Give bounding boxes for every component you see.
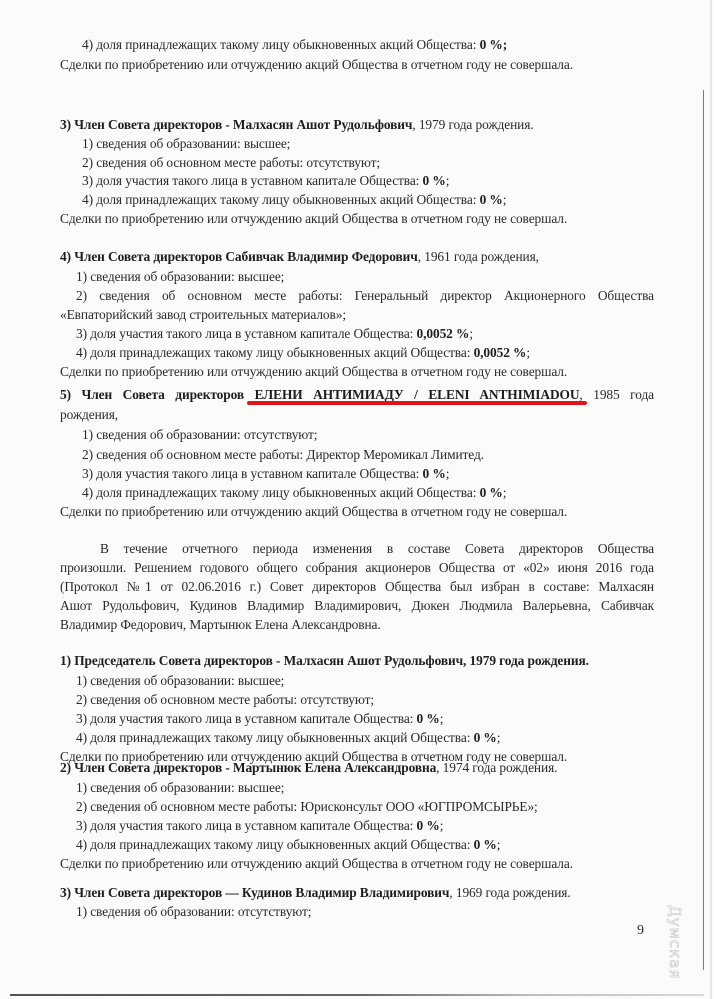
item: 2) сведения об основном месте работы: от… xyxy=(76,691,374,708)
item: 4) доля принадлежащих такому лицу обыкно… xyxy=(76,729,500,746)
item-value: 0,0052 % xyxy=(417,326,470,341)
item: 1) сведения об образовании: высшее; xyxy=(76,268,284,285)
item: «Евпаторийский завод строительных матери… xyxy=(60,306,346,323)
deals: Сделки по приобретению или отчуждению ак… xyxy=(60,210,567,227)
item-text: 3) доля участия такого лица в уставном к… xyxy=(76,326,417,341)
heading-continuation: рождения, xyxy=(60,406,118,423)
item-tail: ; xyxy=(440,818,444,833)
item: 3) доля участия такого лица в уставном к… xyxy=(82,172,449,189)
member-role: 5) Член Совета директоров xyxy=(60,387,255,402)
birth-year: , 1961 года рождения, xyxy=(418,249,539,264)
item-tail: ; xyxy=(440,711,444,726)
item: 2) сведения об основном месте работы: Ди… xyxy=(82,446,484,463)
item-text: 4) доля принадлежащих такому лицу обыкно… xyxy=(82,37,480,52)
birth-year: , 1979 года рождения. xyxy=(412,117,533,132)
item: 1) сведения об образовании: отсутствуют; xyxy=(82,426,317,443)
item-text: 4) доля принадлежащих такому лицу обыкно… xyxy=(82,192,480,207)
scan-edge-shadow xyxy=(710,0,712,999)
item: 2) сведения об основном месте работы: от… xyxy=(82,154,380,171)
scan-bottom-edge xyxy=(10,994,704,996)
item-value: 0 % xyxy=(417,711,440,726)
page-number: 9 xyxy=(637,923,644,939)
paragraph-line: Ашот Рудольфович, Кудинов Владимир Влади… xyxy=(60,597,654,614)
deals: Сделки по приобретению или отчуждению ак… xyxy=(60,503,567,520)
item-tail: ; xyxy=(446,173,450,188)
item-text: 4) доля принадлежащих такому лицу обыкно… xyxy=(76,730,474,745)
paragraph-line: (Протокол №1 от 02.06.2016 г.) Совет дир… xyxy=(60,578,654,595)
paragraph-line: В течение отчетного периода изменения в … xyxy=(100,540,654,557)
item-value: 0,0052 % xyxy=(474,345,527,360)
item-tail: ; xyxy=(469,326,473,341)
item: 4) доля принадлежащих такому лицу обыкно… xyxy=(76,344,530,361)
item: 4) доля принадлежащих такому лицу обыкно… xyxy=(76,836,500,853)
item-value: 0 % xyxy=(423,466,446,481)
member-name: 3) Член Совета директоров - Малхасян Ашо… xyxy=(60,117,412,132)
item: 4) доля принадлежащих такому лицу обыкно… xyxy=(82,191,506,208)
item-text: 3) доля участия такого лица в уставном к… xyxy=(82,466,423,481)
item: 1) сведения об образовании: высшее; xyxy=(82,135,290,152)
item: 2) сведения об основном месте работы: Юр… xyxy=(76,798,538,815)
member-heading: 3) Член Совета директоров - Малхасян Ашо… xyxy=(60,116,534,133)
item-text: 3) доля участия такого лица в уставном к… xyxy=(76,711,417,726)
item-tail: ; xyxy=(497,837,501,852)
top-item-4: 4) доля принадлежащих такому лицу обыкно… xyxy=(82,36,507,53)
item: 4) доля принадлежащих такому лицу обыкно… xyxy=(82,484,506,501)
member-name: 1) Председатель Совета директоров - Малх… xyxy=(60,653,589,668)
item-tail: ; xyxy=(503,192,507,207)
deals: Сделки по приобретению или отчуждению ак… xyxy=(60,855,573,872)
member-heading: 4) Член Совета директоров Сабивчак Влади… xyxy=(60,248,539,265)
item-value: 0 % xyxy=(474,730,497,745)
item: 3) доля участия такого лица в уставном к… xyxy=(82,465,449,482)
member-heading: 1) Председатель Совета директоров - Малх… xyxy=(60,652,589,669)
item: 3) доля участия такого лица в уставном к… xyxy=(76,325,473,342)
item: 2) сведения об основном месте работы: Ге… xyxy=(76,287,654,304)
item-text: 4) доля принадлежащих такому лицу обыкно… xyxy=(82,485,480,500)
item: 1) сведения об образовании: высшее; xyxy=(76,672,284,689)
document-page: 4) доля принадлежащих такому лицу обыкно… xyxy=(0,0,714,999)
scan-edge-line xyxy=(703,90,704,970)
item-tail: ; xyxy=(497,730,501,745)
paragraph-line: произошли. Решением годового общего собр… xyxy=(60,559,654,576)
item-tail: ; xyxy=(446,466,450,481)
member-name: 4) Член Совета директоров Сабивчак Влади… xyxy=(60,249,418,264)
item: 3) доля участия такого лица в уставном к… xyxy=(76,817,443,834)
member-heading: 3) Член Совета директоров — Кудинов Влад… xyxy=(60,884,571,901)
item-value: 0 % xyxy=(423,173,446,188)
watermark: Думская xyxy=(666,905,684,979)
item-text: 3) доля участия такого лица в уставном к… xyxy=(76,818,417,833)
member-name: 2) Член Совета директоров - Мартынюк Еле… xyxy=(60,760,436,775)
paragraph-line: Владимир Федорович, Мартынюк Елена Алекс… xyxy=(60,616,381,633)
item-value: 0 % xyxy=(480,485,503,500)
member-heading: 2) Член Совета директоров - Мартынюк Еле… xyxy=(60,759,557,776)
birth-year: , 1974 года рождения. xyxy=(436,760,557,775)
member-name: 3) Член Совета директоров — Кудинов Влад… xyxy=(60,885,449,900)
item-text: 4) доля принадлежащих такому лицу обыкно… xyxy=(76,345,474,360)
item-value: 0 % xyxy=(480,192,503,207)
item: 1) сведения об образовании: высшее; xyxy=(76,779,284,796)
item-text: 4) доля принадлежащих такому лицу обыкно… xyxy=(76,837,474,852)
item-value: 0 % xyxy=(474,837,497,852)
item-tail: ; xyxy=(526,345,530,360)
deals: Сделки по приобретению или отчуждению ак… xyxy=(60,363,567,380)
item: 3) доля участия такого лица в уставном к… xyxy=(76,710,443,727)
item-value: 0 % xyxy=(417,818,440,833)
top-deals: Сделки по приобретению или отчуждению ак… xyxy=(60,56,573,73)
member-name-highlighted: ЕЛЕНИ АНТИМИАДУ / ELENI ANTHIMIADOU xyxy=(255,387,580,402)
birth-year: , 1985 года xyxy=(579,387,654,402)
item-value: 0 %; xyxy=(480,37,508,52)
item-tail: ; xyxy=(503,485,507,500)
item-text: 3) доля участия такого лица в уставном к… xyxy=(82,173,423,188)
red-underline-highlight xyxy=(247,401,587,405)
item: 1) сведения об образовании: отсутствуют; xyxy=(76,903,311,920)
birth-year: , 1969 года рождения. xyxy=(449,885,570,900)
